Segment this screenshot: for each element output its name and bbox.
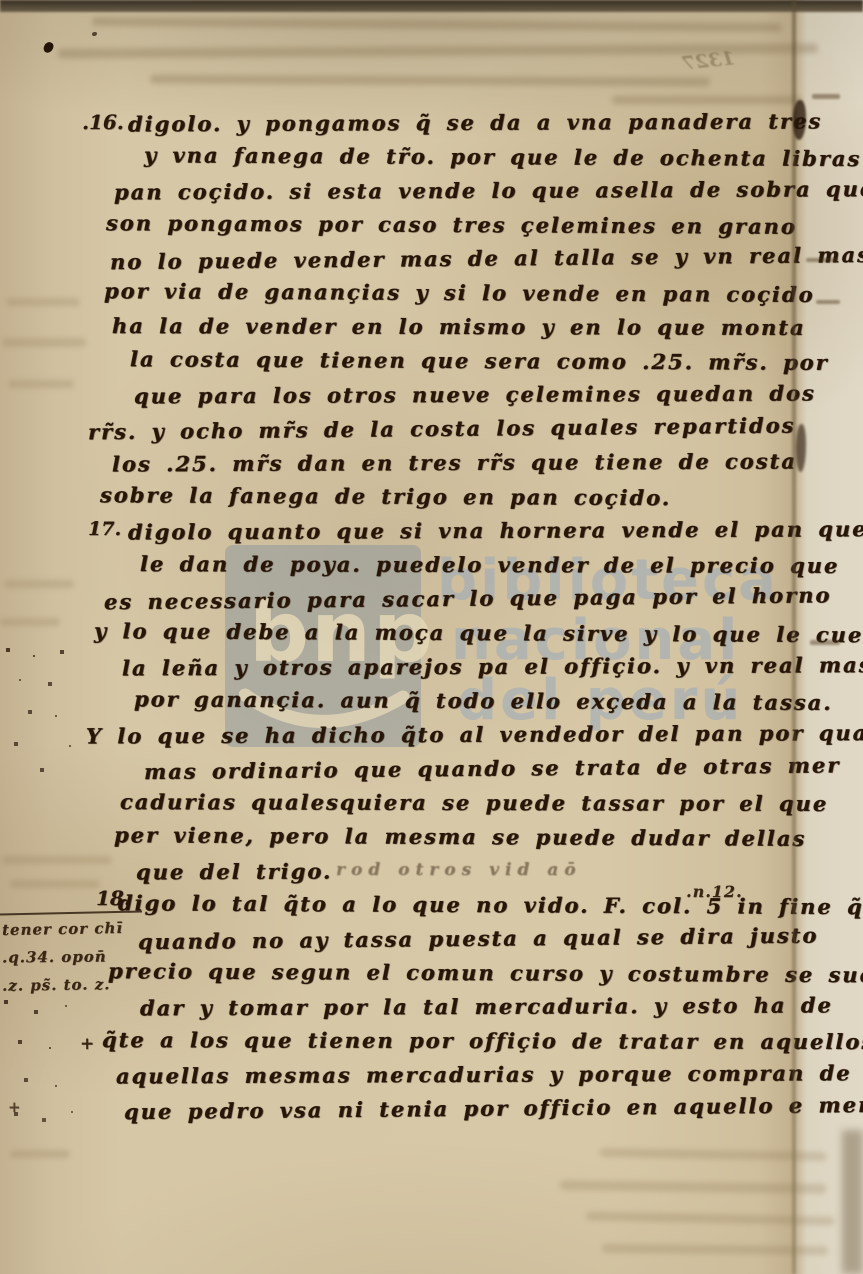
text-line: aquellas mesmas mercadurias y porque com… [116,1057,788,1094]
paragraph-number-16: .16. [82,110,124,134]
paragraph-number-17: 17. [88,518,121,540]
edge-ink-blot [793,100,806,140]
page-top-shadow [0,0,863,12]
text-line: la leña y otros aparejos pa el offiçio. … [122,649,788,686]
text-line: que pedro vsa ni tenia por officio en aq… [124,1089,788,1129]
text-line: q̃te a los que tienen por offiçio de tra… [102,1023,788,1059]
verso-bleed-bottom [586,1211,834,1225]
edge-text-fragment [810,640,840,645]
text-line: mas ordinario que quando se trata de otr… [144,749,788,789]
text-line: cadurias qualesquiera se puede tassar po… [120,785,788,821]
verso-bleed-bottom [560,1180,826,1194]
verso-bleed-left [2,338,86,347]
edge-text-fragment [812,94,840,99]
margin-cross-mark: + [80,1034,95,1054]
manuscript-page: 1327 bnp biblioteca nacional del perú .1… [0,0,863,1274]
text-line: le dan de poya. puedelo vender de el pre… [140,547,788,583]
verso-bleed-left [6,298,80,306]
text-line: Y lo que se ha dicho q̃to al vendedor de… [86,716,788,753]
text-line: sobre la fanega de trigo en pan coçido. [100,478,788,516]
text-line: que del trigo. [136,853,788,890]
text-line: pan coçido. si esta vende lo que asella … [114,173,788,210]
text-line: digolo quanto que si vna hornera vende e… [128,513,788,550]
margin-note: .q.34. opon̄ [2,948,107,967]
verso-bleed-top [150,75,710,87]
margin-speckles [6,648,10,652]
text-line: por via de ganançias y si lo vende en pa… [104,274,788,312]
text-line: rr̃s. y ocho mr̃s de la costa los quales… [88,409,788,450]
edge-text-fragment [816,300,840,304]
verso-bleed-left [10,880,100,888]
archival-number: 1327 [681,47,736,74]
text-line: ha la de vender en lo mismo y en lo que … [112,309,788,345]
margin-speckles [4,1000,8,1004]
verso-bleed-left [2,856,112,864]
verso-bleed-left [4,580,74,588]
text-line: los .25. mr̃s dan en tres rr̃s que tiene… [112,445,788,482]
text-line: que para los otros nueve çelemines queda… [134,377,788,414]
text-line: son pongamos por caso tres çelemines en … [106,206,788,244]
verso-bleed-top [612,96,802,104]
text-line: y lo que debe a la moça que la sirve y l… [94,614,788,652]
edge-ink-blot [796,424,806,472]
text-line: digo lo tal q̃to a lo que no vido. F. co… [118,886,788,924]
text-line: dar y tomar por la tal mercaduria. y est… [140,989,788,1026]
verso-bleed-left [0,618,60,626]
text-line: digolo. y pongamos q̃ se da a vna panade… [128,105,788,142]
text-line: precio que segun el comun curso y costum… [108,954,788,992]
text-line: quando no ay tassa puesta a qual se dira… [138,919,788,959]
ink-blot [92,32,97,36]
text-line: no lo puede vender mas de al talla se y … [110,239,788,280]
margin-note: .z. ps̃. to. z. [2,975,111,995]
text-line: per viene, pero la mesma se puede dudar … [114,818,788,856]
margin-cross-mark: + [8,1098,22,1116]
text-line: la costa que tienen que sera como .25. m… [130,342,788,379]
text-line: y vna fanega de tr̃o. por que le de oche… [144,138,788,175]
edge-shadow-bottom [842,1130,863,1274]
margin-note: tener cor chī [2,919,123,939]
crease-line [792,0,796,1274]
verso-bleed-left [8,380,74,388]
text-line: por ganançia. aun q̃ todo ello exçeda a … [134,682,788,719]
text-block: digolo. y pongamos q̃ se da a vna panade… [128,106,788,1136]
verso-bleed-bottom [10,1150,70,1158]
edge-text-fragment [806,258,838,262]
text-line: es necessario para sacar lo que paga por… [104,579,788,620]
verso-bleed-bottom [602,1244,828,1255]
ink-blot [42,41,55,55]
verso-bleed-top [92,17,782,32]
